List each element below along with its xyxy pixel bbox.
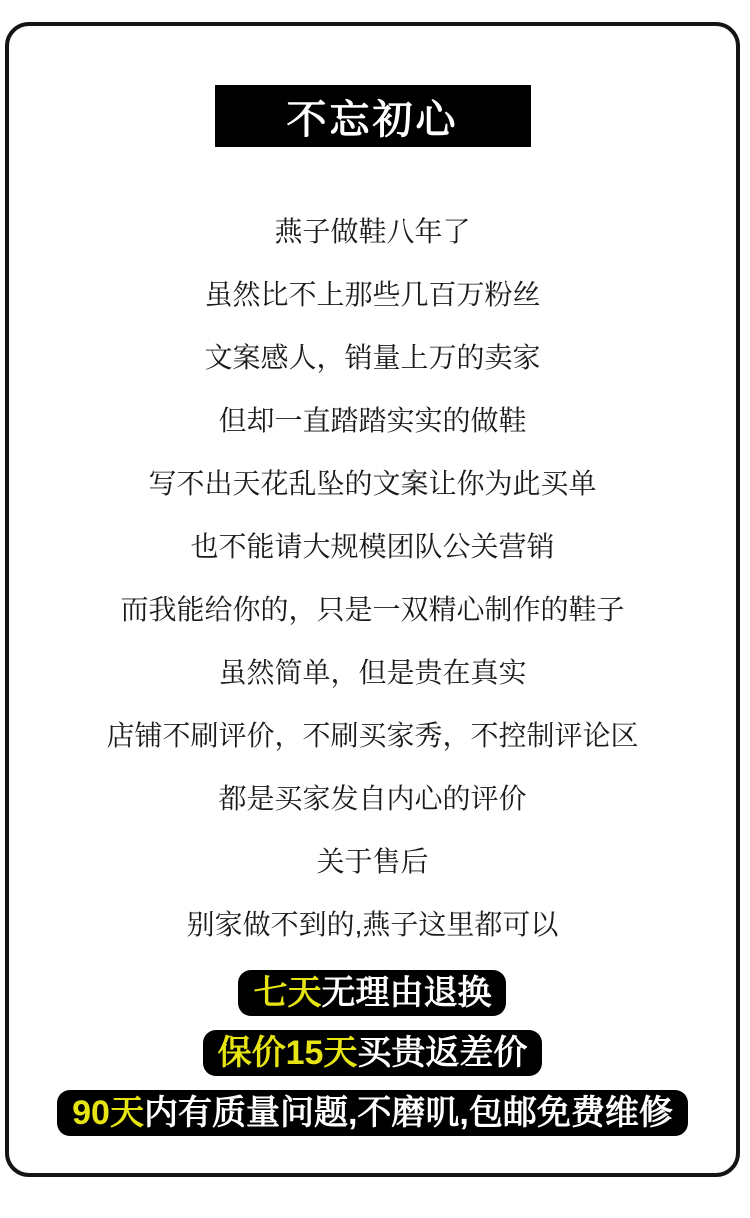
banner-text: 买贵返差价: [357, 1034, 527, 1072]
body-line: 也不能请大规模团队公关营销: [9, 515, 736, 578]
body-line: 都是买家发自内心的评价: [9, 767, 736, 830]
body-line: 写不出天花乱坠的文案让你为此买单: [9, 452, 736, 515]
body-line: 别家做不到的,燕子这里都可以: [9, 893, 736, 956]
body-line: 虽然简单，但是贵在真实: [9, 641, 736, 704]
guarantee-banner-return: 七天无理由退换: [238, 970, 506, 1016]
guarantee-banner-price-protection: 保价15天买贵返差价: [203, 1030, 543, 1076]
body-line: 燕子做鞋八年了: [9, 200, 736, 263]
body-line: 但却一直踏踏实实的做鞋: [9, 389, 736, 452]
banner-text: 内有质量问题,不磨叽,包邮免费维修: [144, 1094, 673, 1132]
content-card: 不忘初心 燕子做鞋八年了 虽然比不上那些几百万粉丝 文案感人，销量上万的卖家 但…: [5, 22, 740, 1177]
banner-text: 无理由退换: [321, 974, 491, 1012]
body-line: 文案感人，销量上万的卖家: [9, 326, 736, 389]
body-line: 店铺不刷评价，不刷买家秀，不控制评论区: [9, 704, 736, 767]
guarantee-banners: 七天无理由退换 保价15天买贵返差价 90天内有质量问题,不磨叽,包邮免费维修: [57, 970, 688, 1136]
guarantee-banner-repair: 90天内有质量问题,不磨叽,包邮免费维修: [57, 1090, 688, 1136]
body-line: 虽然比不上那些几百万粉丝: [9, 263, 736, 326]
section-title-box: 不忘初心: [215, 85, 531, 147]
banner-highlight: 90天: [72, 1094, 144, 1132]
section-title: 不忘初心: [287, 88, 459, 145]
body-line: 而我能给你的，只是一双精心制作的鞋子: [9, 578, 736, 641]
banner-highlight: 保价15天: [218, 1034, 358, 1072]
banner-highlight: 七天: [253, 974, 321, 1012]
body-text-block: 燕子做鞋八年了 虽然比不上那些几百万粉丝 文案感人，销量上万的卖家 但却一直踏踏…: [9, 200, 736, 956]
body-line: 关于售后: [9, 830, 736, 893]
